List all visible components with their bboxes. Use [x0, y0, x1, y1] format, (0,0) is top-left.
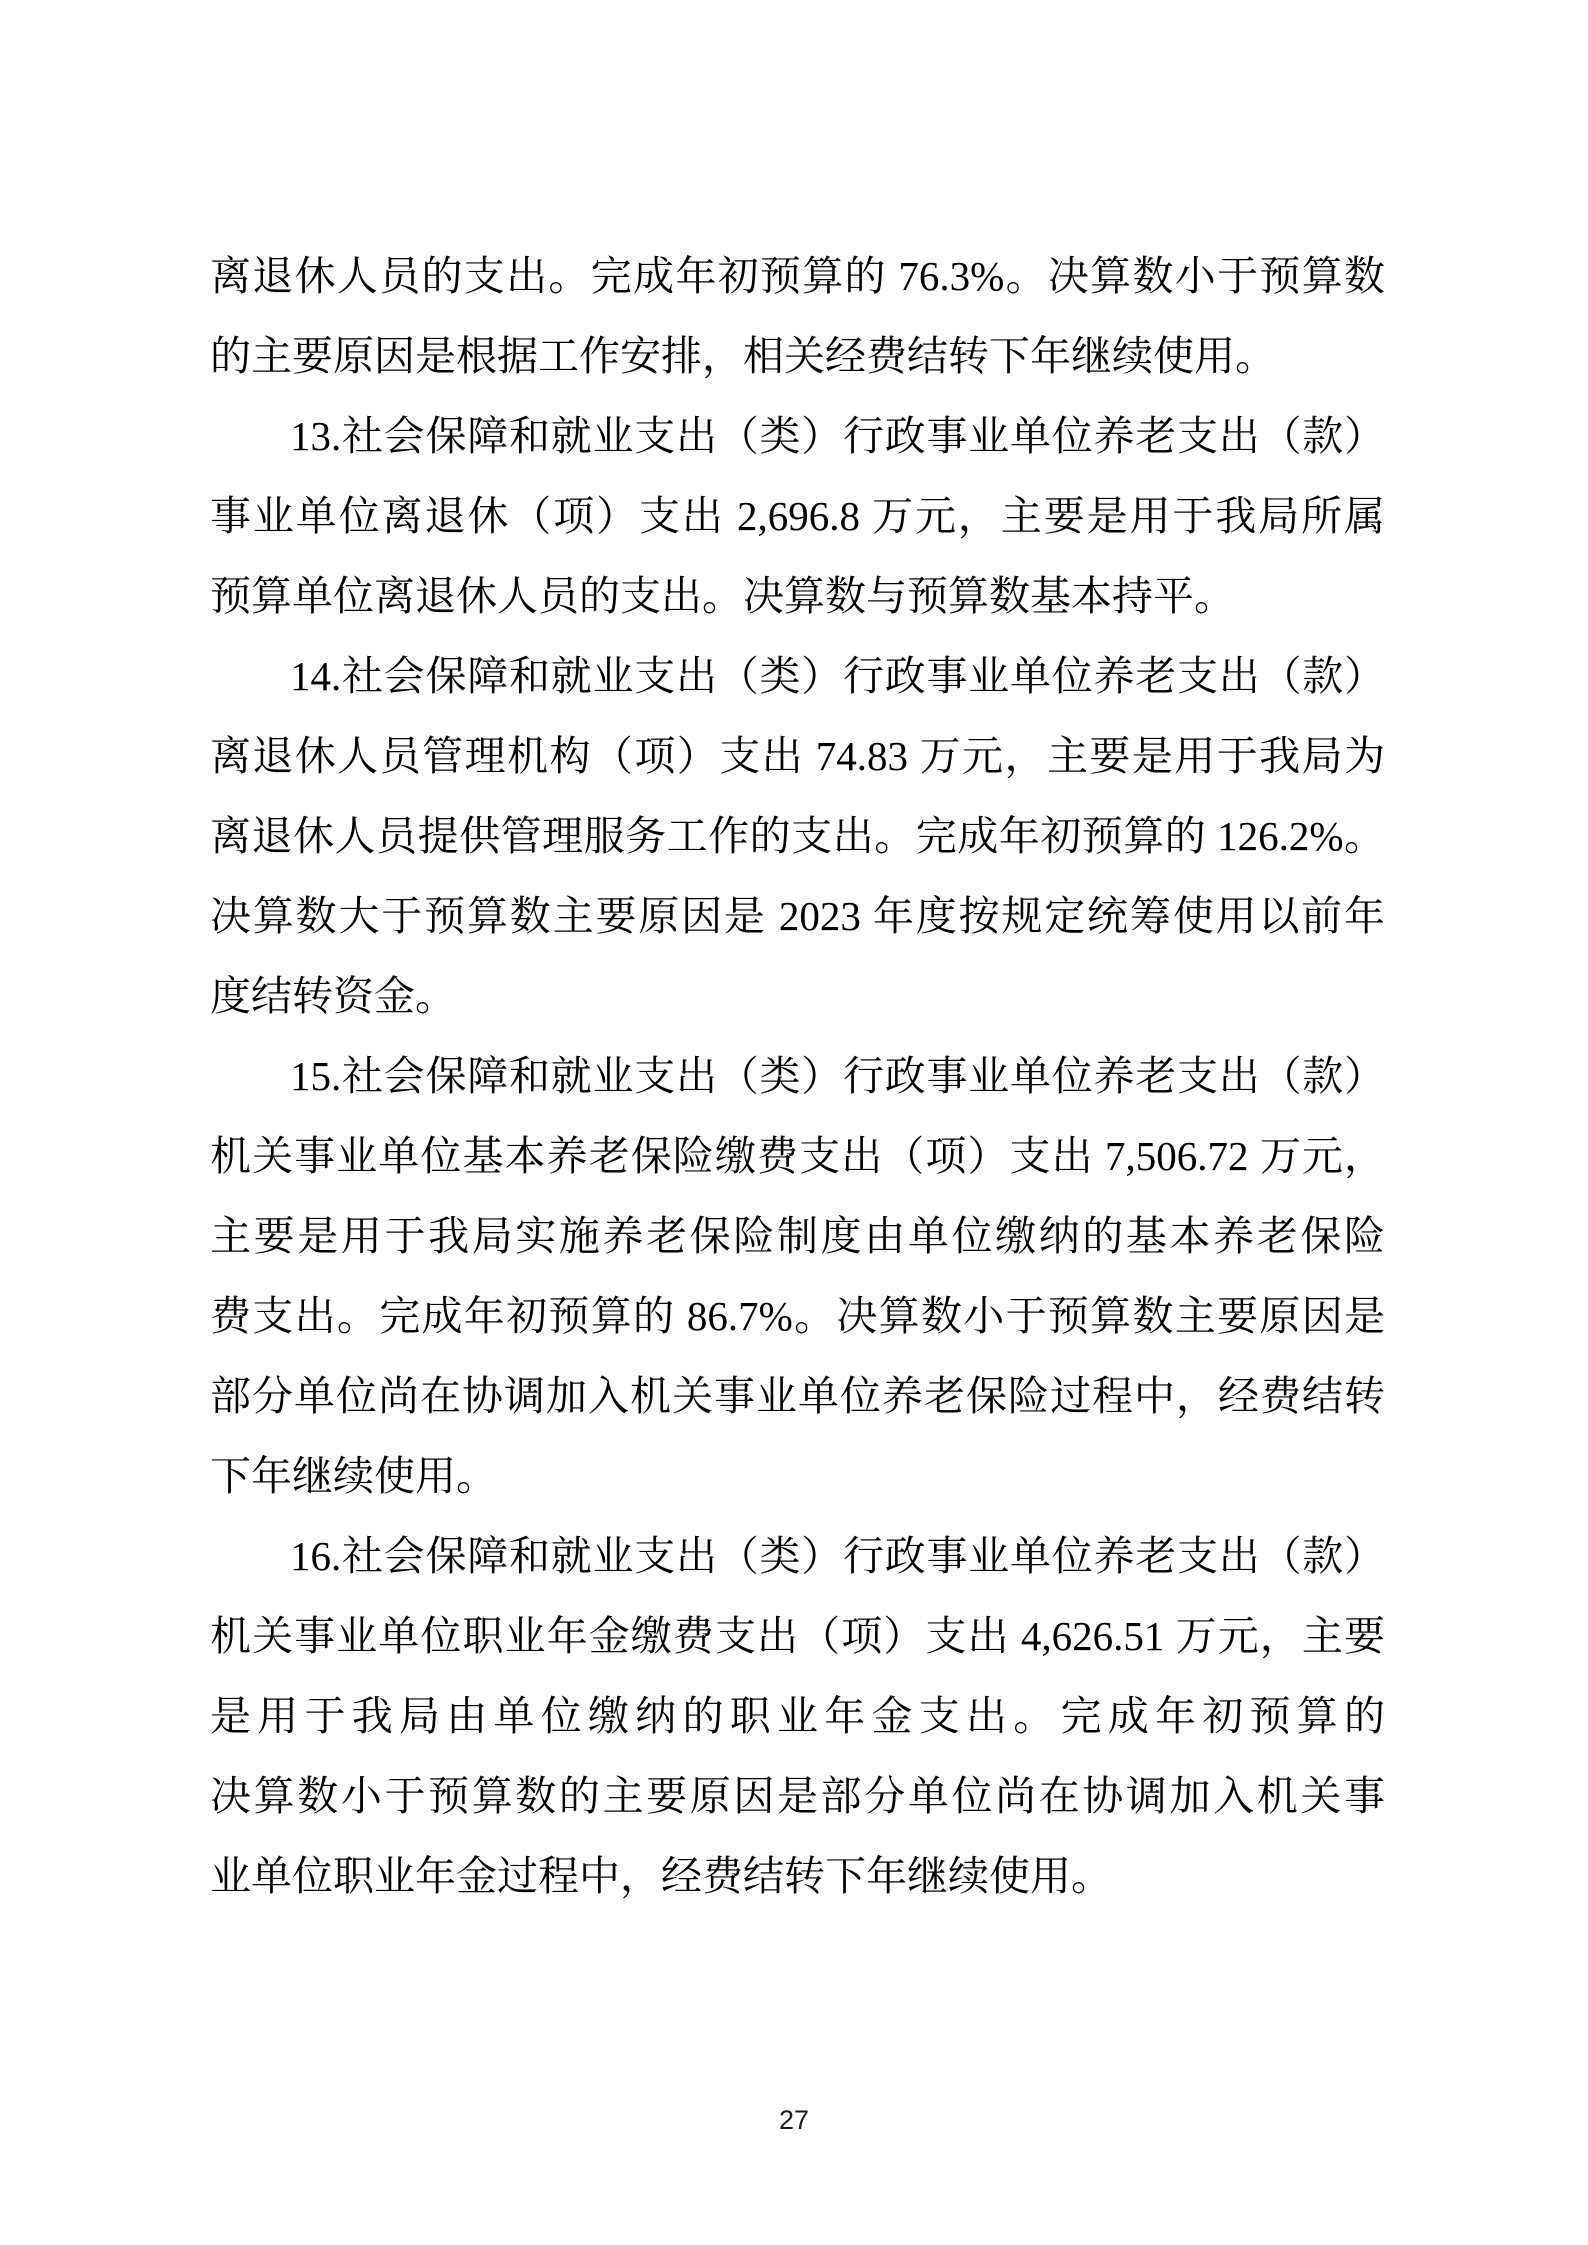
text-line: 主要是用于我局实施养老保险制度由单位缴纳的基本养老保险 — [210, 1196, 1385, 1276]
text-line: 的主要原因是根据工作安排，相关经费结转下年继续使用。 — [210, 316, 1385, 396]
paragraph: 离退休人员的支出。完成年初预算的 76.3%。决算数小于预算数的主要原因是根据工… — [210, 236, 1385, 396]
text-line: 离退休人员提供管理服务工作的支出。完成年初预算的 126.2%。 — [210, 796, 1385, 876]
text-line: 15.社会保障和就业支出（类）行政事业单位养老支出（款） — [210, 1036, 1385, 1116]
page-number: 27 — [0, 2103, 1588, 2137]
document-page: 离退休人员的支出。完成年初预算的 76.3%。决算数小于预算数的主要原因是根据工… — [0, 0, 1588, 2245]
text-line: 离退休人员管理机构（项）支出 74.83 万元，主要是用于我局为 — [210, 716, 1385, 796]
text-line: 部分单位尚在协调加入机关事业单位养老保险过程中，经费结转 — [210, 1356, 1385, 1436]
text-line: 机关事业单位基本养老保险缴费支出（项）支出 7,506.72 万元， — [210, 1116, 1385, 1196]
text-line: 下年继续使用。 — [210, 1436, 1385, 1516]
text-line: 16.社会保障和就业支出（类）行政事业单位养老支出（款） — [210, 1516, 1385, 1596]
paragraph: 15.社会保障和就业支出（类）行政事业单位养老支出（款）机关事业单位基本养老保险… — [210, 1036, 1385, 1516]
text-line: 事业单位离退休（项）支出 2,696.8 万元，主要是用于我局所属 — [210, 476, 1385, 556]
document-body: 离退休人员的支出。完成年初预算的 76.3%。决算数小于预算数的主要原因是根据工… — [210, 236, 1385, 1916]
text-line: 决算数小于预算数的主要原因是部分单位尚在协调加入机关事 — [210, 1756, 1385, 1836]
paragraph: 16.社会保障和就业支出（类）行政事业单位养老支出（款）机关事业单位职业年金缴费… — [210, 1516, 1385, 1916]
text-line: 预算单位离退休人员的支出。决算数与预算数基本持平。 — [210, 556, 1385, 636]
paragraph: 13.社会保障和就业支出（类）行政事业单位养老支出（款）事业单位离退休（项）支出… — [210, 396, 1385, 636]
text-line: 14.社会保障和就业支出（类）行政事业单位养老支出（款） — [210, 636, 1385, 716]
text-line: 是用于我局由单位缴纳的职业年金支出。完成年初预算的 63.6%。 — [210, 1676, 1385, 1756]
paragraph: 14.社会保障和就业支出（类）行政事业单位养老支出（款）离退休人员管理机构（项）… — [210, 636, 1385, 1036]
text-line: 决算数大于预算数主要原因是 2023 年度按规定统筹使用以前年 — [210, 876, 1385, 956]
text-line: 机关事业单位职业年金缴费支出（项）支出 4,626.51 万元，主要 — [210, 1596, 1385, 1676]
text-line: 13.社会保障和就业支出（类）行政事业单位养老支出（款） — [210, 396, 1385, 476]
text-line: 费支出。完成年初预算的 86.7%。决算数小于预算数主要原因是 — [210, 1276, 1385, 1356]
text-line: 业单位职业年金过程中，经费结转下年继续使用。 — [210, 1836, 1385, 1916]
text-line: 离退休人员的支出。完成年初预算的 76.3%。决算数小于预算数 — [210, 236, 1385, 316]
text-line: 度结转资金。 — [210, 956, 1385, 1036]
